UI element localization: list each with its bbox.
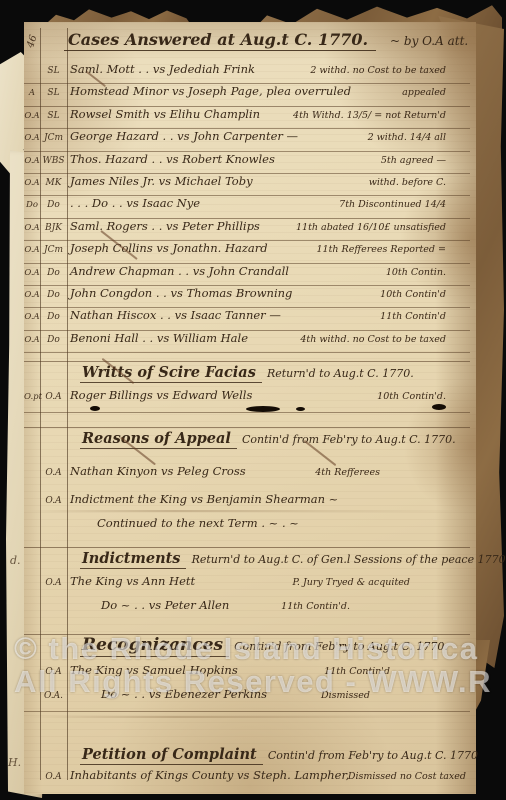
- disposition-note: P. Jury Tryed & acquited: [292, 577, 470, 588]
- ledger-row: O.ASLRowsel Smith vs Elihu Champlin4th W…: [24, 107, 470, 129]
- section-heading-sub: Return'd to Aug.t C. 1770.: [267, 367, 414, 380]
- margin-code-1: O.A: [24, 133, 40, 143]
- margin-code-2: WBS: [40, 156, 67, 166]
- section-heading-sub: Contin'd from Feb'ry to Aug.t C. 1770.: [242, 433, 456, 446]
- margin-code-2: Do: [40, 335, 67, 345]
- entry-text: Continued to the next Term . ~ . ~: [94, 516, 470, 530]
- page-title: Cases Answered at Aug.t C. 1770.~ by O.A…: [24, 30, 470, 62]
- entry-text: Rowsel Smith vs Elihu Champlin: [67, 107, 293, 121]
- page-title-text: Cases Answered at Aug.t C. 1770.: [64, 30, 376, 51]
- margin-code-2: JCm: [40, 245, 67, 255]
- ledger-row: O.ADoNathan Hiscox . . vs Isaac Tanner —…: [24, 308, 470, 330]
- page-title-byline: ~ by O.A att.: [390, 34, 468, 48]
- margin-code-1: O.A: [24, 335, 40, 345]
- section-heading-recognizances: Recognizances Contin'd from Feb'ry to Au…: [24, 634, 470, 663]
- disposition-note: 11th Contin'd: [380, 311, 470, 322]
- ledger-row: O.AThe King vs Ann HettP. Jury Tryed & a…: [24, 574, 470, 598]
- ledger-row: O.AJCmJoseph Collins vs Jonathn. Hazard1…: [24, 241, 470, 263]
- margin-code-2: Do: [40, 312, 67, 322]
- entry-text: James Niles Jr. vs Michael Toby: [67, 174, 369, 188]
- entry-text: Roger Billings vs Edward Wells: [67, 388, 377, 402]
- disposition-note: 11th abated 16/10£ unsatisfied: [296, 222, 470, 233]
- margin-code-2: O.A: [40, 667, 67, 677]
- section-heading-sub: Contin'd from Feb'ry to Aug.t C. 1770: [268, 749, 478, 762]
- disposition-note: 11th Contin'd: [324, 666, 470, 677]
- entry-text: George Hazard . . vs John Carpenter —: [67, 129, 368, 143]
- margin-code-1: O.A: [24, 290, 40, 300]
- margin-code-2: JCm: [40, 133, 67, 143]
- margin-code-1: O.A: [24, 111, 40, 121]
- stub-ink-fragment: d.: [10, 554, 21, 567]
- ledger-row: Continued to the next Term . ~ . ~: [24, 516, 470, 537]
- entry-text: Do ~ . . vs Peter Allen: [67, 598, 281, 612]
- entry-text: Andrew Chapman . . vs John Crandall: [67, 264, 386, 278]
- margin-code-2: O.A: [40, 578, 67, 588]
- disposition-note: 10th Contin'd: [380, 289, 470, 300]
- stub-ink-fragment: H.: [8, 756, 21, 769]
- margin-code-2: SL: [40, 111, 67, 121]
- disposition-note: 4th Withd. 13/5/ = not Return'd: [293, 110, 470, 121]
- disposition-note: 4th withd. no Cost to be taxed: [300, 334, 470, 345]
- entry-text: The King vs Samuel Hopkins: [67, 663, 324, 677]
- entry-text: Joseph Collins vs Jonathn. Hazard: [67, 241, 317, 255]
- section-heading-text: Reasons of Appeal: [80, 430, 237, 449]
- disposition-note: withd. before C.: [369, 177, 470, 188]
- margin-code-2: O.A: [40, 772, 67, 782]
- disposition-note: appealed: [402, 87, 470, 98]
- ledger-row: O.AJCmGeorge Hazard . . vs John Carpente…: [24, 129, 470, 151]
- margin-code-1: A: [24, 88, 40, 98]
- entry-text: Thos. Hazard . . vs Robert Knowles: [67, 152, 381, 166]
- ledger-row: O.AThe King vs Samuel Hopkins11th Contin…: [24, 663, 470, 687]
- entry-text: Indictment the King vs Benjamin Shearman…: [67, 492, 470, 506]
- ledger-row: O.AIndictment the King vs Benjamin Shear…: [24, 492, 470, 516]
- disposition-note: 4th Refferees: [315, 467, 470, 478]
- entry-text: . . . Do . . vs Isaac Nye: [67, 196, 339, 210]
- ledger-row: O.ADoJohn Congdon . . vs Thomas Browning…: [24, 286, 470, 308]
- tear-hole: [246, 406, 280, 412]
- disposition-note: 7th Discontinued 14/4: [339, 199, 470, 210]
- entry-text: Homstead Minor vs Joseph Page, plea over…: [67, 84, 402, 98]
- disposition-note: 10th Contin.: [386, 267, 470, 278]
- ledger-row: Do ~ . . vs Peter Allen11th Contin'd.: [24, 598, 470, 622]
- margin-code-2: BJK: [40, 223, 67, 233]
- section-heading-sub: Contin'd from Feb'ry to Aug.t C. 1770.: [234, 640, 448, 653]
- margin-code-2: Do: [40, 200, 67, 210]
- disposition-note: 10th Contin'd.: [377, 391, 470, 402]
- margin-code-2: O.A: [40, 468, 67, 478]
- ledger-row: O.A.Do ~ . . vs Ebenezer PerkinsDismisse…: [24, 687, 470, 712]
- section-heading-text: Indictments: [80, 550, 186, 569]
- ledger-row: O.ANathan Kinyon vs Peleg Cross4th Reffe…: [24, 464, 470, 488]
- disposition-note: 11th Refferees Reported =: [317, 244, 470, 255]
- entry-text: Do ~ . . vs Ebenezer Perkins: [67, 687, 321, 701]
- ledger-row: O.AWBSThos. Hazard . . vs Robert Knowles…: [24, 152, 470, 174]
- tear-hole: [296, 407, 305, 411]
- margin-code-2: O.A.: [40, 691, 67, 701]
- section-heading-reasons: Reasons of Appeal Contin'd from Feb'ry t…: [24, 427, 470, 456]
- entry-text: Inhabitants of Kings County vs Steph. La…: [67, 768, 348, 782]
- margin-code-2: SL: [40, 66, 67, 76]
- ledger-row: O.AMKJames Niles Jr. vs Michael Tobywith…: [24, 174, 470, 196]
- photograph-backdrop: d. H. 46 Cases Answered at Aug.t C. 1770…: [0, 0, 506, 800]
- margin-code-2: O.A: [40, 392, 67, 402]
- disposition-note: 5th agreed —: [381, 155, 470, 166]
- tear-hole: [90, 406, 100, 411]
- margin-code-1: Do: [24, 200, 40, 210]
- ledger-row: O.AInhabitants of Kings County vs Steph.…: [24, 768, 470, 792]
- entry-text: Benoni Hall . . vs William Hale: [67, 331, 300, 345]
- margin-code-2: Do: [40, 290, 67, 300]
- ledger-row: DoDo. . . Do . . vs Isaac Nye7th Discont…: [24, 196, 470, 218]
- ledger-row: ASLHomstead Minor vs Joseph Page, plea o…: [24, 84, 470, 106]
- ledger-row: O.ABJKSaml. Rogers . . vs Peter Phillips…: [24, 219, 470, 241]
- entry-text: Saml. Mott . . vs Jedediah Frink: [67, 62, 310, 76]
- margin-code-1: O.A: [24, 156, 40, 166]
- manuscript-page: 46 Cases Answered at Aug.t C. 1770.~ by …: [24, 22, 476, 794]
- disposition-note: 2 withd. 14/4 all: [368, 132, 470, 143]
- section-heading-text: Petition of Complaint: [80, 746, 263, 765]
- margin-code-1: O.A: [24, 178, 40, 188]
- section-heading-petition: Petition of Complaint Contin'd from Feb'…: [24, 744, 470, 768]
- ledger-row: O.ADoAndrew Chapman . . vs John Crandall…: [24, 264, 470, 286]
- margin-code-2: O.A: [40, 496, 67, 506]
- margin-code-2: MK: [40, 178, 67, 188]
- section-heading-text: Writts of Scire Facias: [80, 364, 262, 383]
- entry-text: Nathan Kinyon vs Peleg Cross: [67, 464, 315, 478]
- margin-code-2: SL: [40, 88, 67, 98]
- tear-hole: [432, 404, 446, 410]
- section-heading-writs: Writts of Scire Facias Return'd to Aug.t…: [24, 361, 470, 388]
- section-heading-indictments: Indictments Return'd to Aug.t C. of Gen.…: [24, 547, 470, 574]
- entry-text: The King vs Ann Hett: [67, 574, 292, 588]
- section-heading-text: Recognizances: [80, 635, 229, 657]
- margin-code-2: Do: [40, 268, 67, 278]
- entry-text: Nathan Hiscox . . vs Isaac Tanner —: [67, 308, 380, 322]
- margin-code-1: O.A: [24, 312, 40, 322]
- margin-code-1: O.A: [24, 268, 40, 278]
- disposition-note: 11th Contin'd.: [281, 601, 470, 612]
- margin-code-1: O.A: [24, 245, 40, 255]
- disposition-note: Dismissed no Cost taxed: [348, 771, 470, 782]
- margin-code-1: O.A: [24, 223, 40, 233]
- margin-code-1: O.pt: [24, 392, 40, 402]
- entry-text: John Congdon . . vs Thomas Browning: [67, 286, 380, 300]
- disposition-note: 2 withd. no Cost to be taxed: [310, 65, 470, 76]
- section-heading-sub: Return'd to Aug.t C. of Gen.l Sessions o…: [192, 553, 506, 566]
- disposition-note: Dismissed: [321, 690, 470, 701]
- ledger-row: O.ADoBenoni Hall . . vs William Hale4th …: [24, 331, 470, 353]
